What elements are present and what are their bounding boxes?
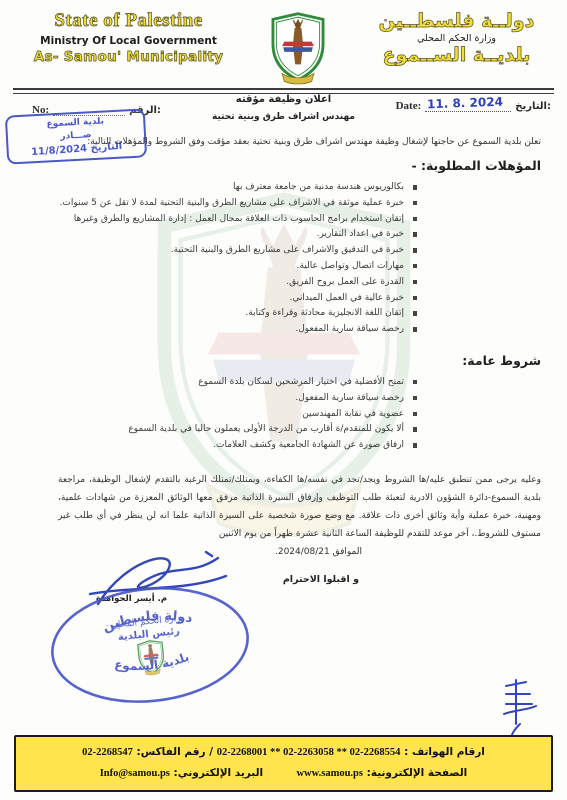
closing-paragraph: وعليه يرجى ممن تنطبق عليه/ها الشروط ويجد… bbox=[58, 471, 541, 543]
qualification-item: إتقان استخدام برامج الحاسوب ذات العلاقة … bbox=[0, 212, 417, 228]
initials-scribble bbox=[492, 678, 544, 740]
website-value: www.samou.ps bbox=[296, 768, 363, 779]
qualification-item: مهارات اتصال وتواصل عالية. bbox=[0, 259, 417, 275]
letter-body: تعلن بلدية السموع عن حاجتها لإشغال وظيفة… bbox=[0, 137, 567, 585]
qualification-item: إتقان اللغة الانجليزية محادثة وقراءة وكت… bbox=[0, 306, 417, 322]
condition-item: تمنح الأفضلية في اختيار المرشحين لسكان ب… bbox=[0, 375, 417, 391]
condition-item: رخصة سياقة سارية المفعول. bbox=[0, 391, 417, 407]
footer-phones-line: ارقام الهواتف : 02-2268001 ** 02-2263058… bbox=[26, 742, 541, 763]
qualification-item: بكالوريوس هندسة مدنية من جامعة معترف بها bbox=[0, 180, 417, 196]
municipality-title-ar: بلديــة الســموع bbox=[364, 44, 549, 66]
phones-label: ارقام الهواتف : bbox=[404, 746, 485, 758]
intro-paragraph: تعلن بلدية السموع عن حاجتها لإشغال وظيفة… bbox=[56, 137, 541, 147]
fax-value: 02-2268547 bbox=[82, 747, 133, 758]
municipality-emblem-logo bbox=[266, 12, 330, 86]
qualification-item: خبرة عالية في العمل الميداني. bbox=[0, 291, 417, 307]
date-label-ar: التاريخ: bbox=[515, 101, 551, 112]
phones-fax-separator: / bbox=[209, 746, 213, 758]
footer-web-line: الصفحة الإلكترونية: www.samou.ps البريد … bbox=[26, 763, 541, 784]
contact-footer: ارقام الهواتف : 02-2268001 ** 02-2263058… bbox=[14, 735, 553, 792]
document-page: State of Palestine Ministry Of Local Gov… bbox=[0, 0, 567, 800]
qualification-item: خبرة في التدقيق والاشراف على مشاريع الطر… bbox=[0, 243, 417, 259]
letterhead-arabic: دولــة فلسطــين وزارة الحكم المحلي بلديـ… bbox=[364, 10, 549, 66]
state-title-ar: دولــة فلسطــين bbox=[364, 10, 549, 32]
official-seal-stamp: دولة فلسطين وزارة الحكم المحلي رئيس البل… bbox=[40, 573, 260, 716]
condition-item: عضوية في نقابة المهندسين bbox=[0, 407, 417, 423]
handwritten-date: 11. 8. 2024 bbox=[427, 95, 503, 112]
condition-item: ارفاق صورة عن الشهادة الجامعية وكشف العل… bbox=[0, 438, 417, 454]
letterhead: State of Palestine Ministry Of Local Gov… bbox=[0, 10, 567, 88]
email-label: البريد الإلكتروني: bbox=[174, 767, 264, 779]
letterhead-english: State of Palestine Ministry Of Local Gov… bbox=[26, 10, 231, 65]
condition-item: ألا يكون للمتقدم/ة أقارب من الدرجة الأول… bbox=[0, 422, 417, 438]
qualification-item: القدرة على العمل بروح الفريق. bbox=[0, 275, 417, 291]
website-label: الصفحة الإلكترونية: bbox=[367, 767, 468, 779]
ministry-title-en: Ministry Of Local Government bbox=[26, 35, 231, 47]
qualifications-heading: المؤهلات المطلوبة: - bbox=[0, 158, 541, 173]
fax-label: رقم الفاكس: bbox=[137, 746, 206, 758]
date-value-line: 11. 8. 2024 bbox=[425, 102, 511, 112]
qualification-item: خبرة في اعداد التقارير. bbox=[0, 227, 417, 243]
ministry-title-ar: وزارة الحكم المحلي bbox=[364, 33, 549, 44]
date-row: Date: 11. 8. 2024 التاريخ: bbox=[396, 100, 551, 112]
date-label-en: Date: bbox=[396, 100, 422, 112]
qualifications-list: بكالوريوس هندسة مدنية من جامعة معترف بها… bbox=[0, 180, 417, 338]
general-conditions-heading: شروط عامة: bbox=[0, 353, 541, 368]
state-title-en: State of Palestine bbox=[26, 10, 231, 32]
municipality-title-en: As- Samou' Municipality bbox=[26, 49, 231, 65]
phones-value: 02-2268001 ** 02-2263058 ** 02-2268554 bbox=[217, 747, 401, 758]
qualification-item: رخصة سياقة سارية المفعول. bbox=[0, 322, 417, 338]
qualification-item: خبرة عملية موثقة في الاشراف على مشاريع ا… bbox=[0, 196, 417, 212]
email-value: Info@samou.ps bbox=[100, 768, 170, 779]
general-conditions-list: تمنح الأفضلية في اختيار المرشحين لسكان ب… bbox=[0, 375, 417, 454]
